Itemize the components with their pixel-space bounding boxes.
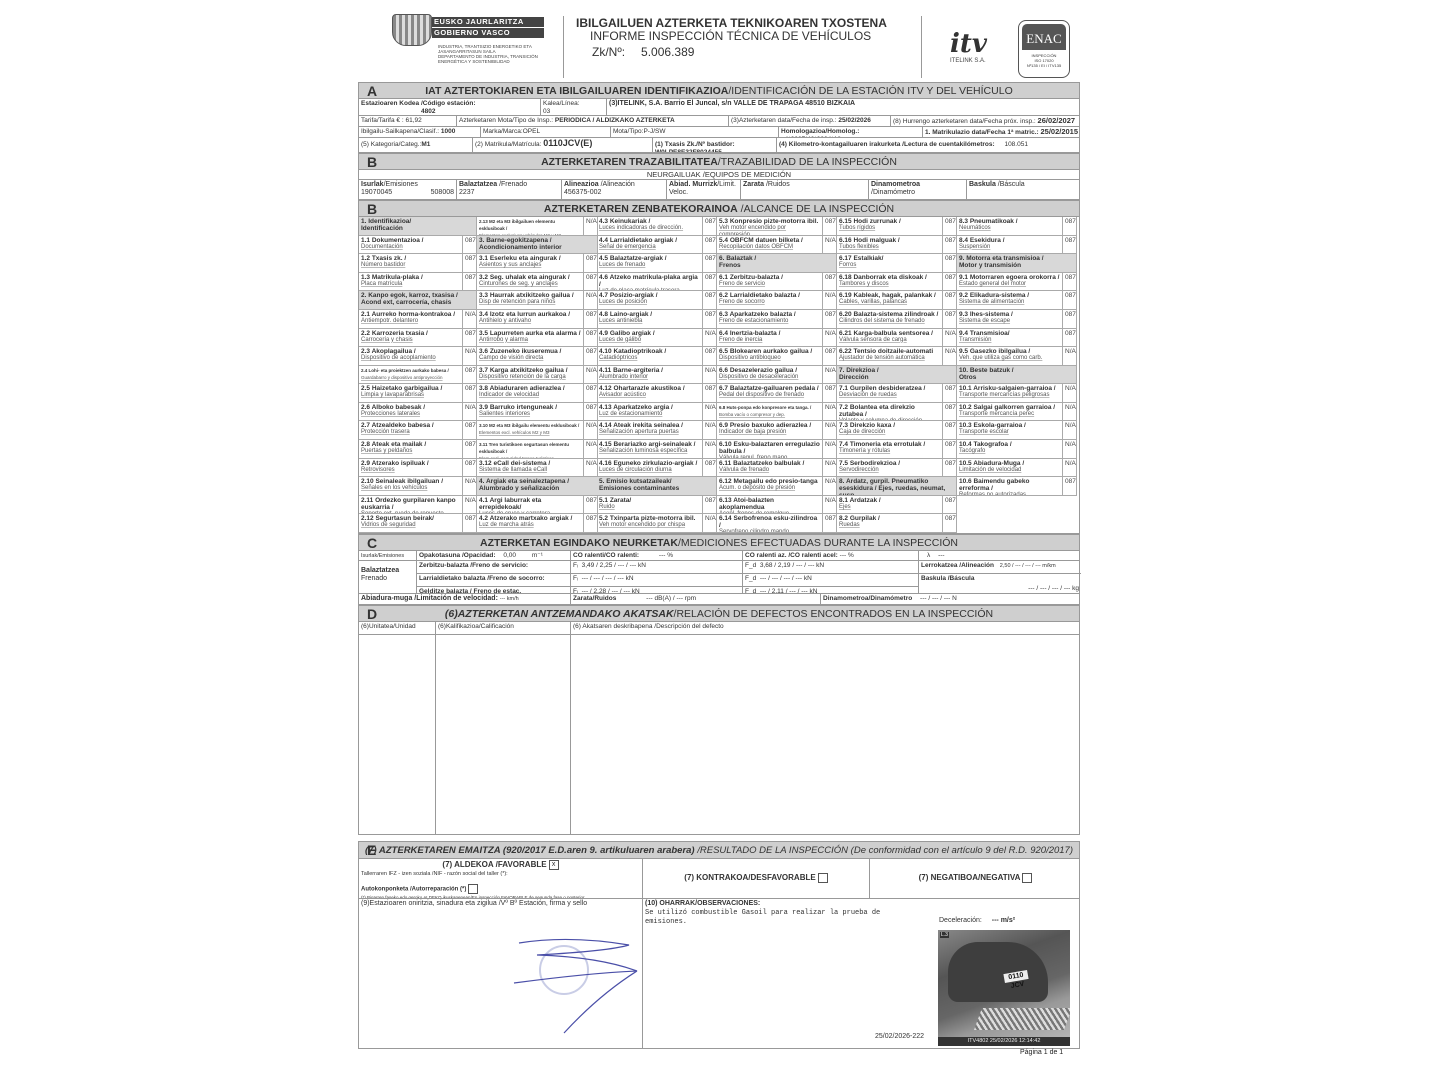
- scope-item: 3.12 eCall dei-sistema /Sistema de llama…: [477, 459, 584, 478]
- scope-result: 087: [584, 403, 598, 422]
- scope-result: N/A: [943, 329, 957, 348]
- inspection-scope-grid: 1. Identifikazioa/Identificación1.1 Doku…: [358, 216, 1080, 534]
- coat-of-arms-icon: [392, 14, 432, 46]
- vehicle-class-row: Ibilgailu-Sailkapena/Clasif.: 1000 Marka…: [358, 127, 1080, 138]
- scope-item: 3.6 Zuzeneko ikuseremua /Campo de visión…: [477, 347, 584, 366]
- scope-item: 7.1 Gurpilen desbideratzea /Desviación d…: [837, 384, 943, 403]
- scope-result: 087: [943, 421, 957, 440]
- scope-result: N/A: [823, 440, 837, 459]
- scope-result: 087: [943, 496, 957, 515]
- scope-item: 3.11 Tren turistikoen segurtasun element…: [477, 440, 584, 459]
- scope-result: N/A: [584, 459, 598, 478]
- scope-result: 087: [1063, 291, 1077, 310]
- scope-result: 087: [584, 514, 598, 533]
- defects-list: [358, 635, 1080, 835]
- tariff-row: Tarifa/Tarifa € : 61,92 Azterketaren Mot…: [358, 116, 1080, 127]
- scope-item: 10.5 Abiadura-Muga /Limitación de veloci…: [957, 459, 1063, 478]
- enac-logo: ENAC INSPECCIÓN ISO 17020 Nº135 / EI / I…: [1018, 20, 1070, 78]
- scope-item: 6.9 Presio baxuko adierazlea /Indicador …: [717, 421, 823, 440]
- scope-result: N/A: [823, 329, 837, 348]
- scope-item: 2.6 Alboko babesak /Protecciones lateral…: [359, 403, 463, 422]
- scope-item: 3. Barne-egokitzapena /Acondicionamento …: [477, 236, 598, 255]
- scope-result: 087: [463, 329, 477, 348]
- scope-result: 087: [703, 217, 717, 236]
- org-name-es: GOBIERNO VASCO: [432, 28, 544, 38]
- scope-item: 9.3 Ihes-sistema /Sistema de escape: [957, 310, 1063, 329]
- scope-result: 087: [463, 440, 477, 459]
- scope-item: 8.2 Gurpilak /Ruedas: [837, 514, 943, 533]
- scope-item: 6.5 Blokearen aurkako gailua /Dispositiv…: [717, 347, 823, 366]
- section-d-header: D (6)AZTERKETAN ANTZEMANDAKO AKATSAK/REL…: [358, 605, 1080, 622]
- scope-result: 087: [823, 347, 837, 366]
- scope-result: 087: [943, 236, 957, 255]
- scope-item: 4.12 Ohartarazle akustikoa /Avisador acú…: [597, 384, 703, 403]
- scope-item: 5.1 Zarata/Ruido: [597, 496, 703, 515]
- scope-item: 3.5 Lapurreten aurka eta alarma /Antirro…: [477, 329, 584, 348]
- equipment-col: Zarata /Ruidos: [741, 180, 869, 199]
- scope-result: 087: [463, 273, 477, 292]
- scope-result: 087: [703, 347, 717, 366]
- scope-result: 087: [463, 514, 477, 533]
- col-unit: (6)Unitatea/Unidad: [359, 622, 436, 634]
- scope-item: 4.15 Berariazko argi-seinaleak /Señaliza…: [597, 440, 703, 459]
- station-row: Estazioaren Kodea /Código estación:4802 …: [358, 99, 1080, 116]
- favorable-checkbox[interactable]: x: [549, 860, 559, 870]
- scope-item: 8.3 Pneumatikoak /Neumáticos: [957, 217, 1063, 236]
- scope-result: 087: [943, 459, 957, 478]
- scope-result: 087: [463, 254, 477, 273]
- section-c-header: C AZTERKETAN EGINDAKO NEURKETAK/MEDICION…: [358, 534, 1080, 551]
- scope-result: N/A: [463, 496, 477, 515]
- scope-item: 10.1 Arrisku-salgaien-garraioa /Transpor…: [957, 384, 1063, 403]
- scope-item: 2.9 Atzerako ispiluak /Retrovisores: [359, 459, 463, 478]
- scope-item: 2.4 Lohi- eta proiektzen aurkako babesa …: [359, 366, 463, 385]
- scope-item: 2.11 Ordezko gurpilaren kanpo euskarria …: [359, 496, 463, 515]
- scope-item: 6.3 Aparkatzeko balazta /Freno de estaci…: [717, 310, 823, 329]
- equipment-row: Isurlak/Emisiones19070045508008Balaztatz…: [358, 180, 1080, 200]
- equipment-col: Balaztatzea /Frenado2237: [457, 180, 562, 199]
- scope-item: 8. Ardatz, gurpil. Pneumatiko eseskidura…: [837, 477, 957, 496]
- emissions-row: Isurlak/Emisiones Opakotasuna /Opacidad:…: [358, 551, 1080, 561]
- scope-item: 2.1 Aurreko horma-kontrakoa /Antiempotr.…: [359, 310, 463, 329]
- equipment-col: Baskula /Báscula: [967, 180, 1081, 199]
- braking-block: BalaztatzeaFrenado Zerbitzu-balazta /Fre…: [358, 561, 1080, 594]
- scope-item: 3.4 Izotz eta lurrun aurkakoa /Antihielo…: [477, 310, 584, 329]
- scope-item: 2.12 Segurtasun beirak/Vidrios de seguri…: [359, 514, 463, 533]
- scope-result: 087: [943, 403, 957, 422]
- scope-item: 4.13 Aparkatzeko argia /Luz de estaciona…: [597, 403, 703, 422]
- scope-item: 4.6 Atzeko matrikula-plaka argia /Luz de…: [597, 273, 703, 292]
- negative-checkbox[interactable]: [1022, 873, 1032, 883]
- title-es: INFORME INSPECCIÓN TÉCNICA DE VEHÍCULOS: [590, 29, 871, 43]
- scope-item: 1.1 Dokumentazioa /Documentación: [359, 236, 463, 255]
- equipment-col: Dinamometroa /Dinamómetro: [869, 180, 967, 199]
- scope-result: 087: [703, 236, 717, 255]
- scope-result: 087: [584, 329, 598, 348]
- scope-result: N/A: [823, 291, 837, 310]
- scope-item: 4.5 Balaztatze-argiak /Luces de frenado: [597, 254, 703, 273]
- scope-result: N/A: [1063, 384, 1077, 403]
- scope-result: N/A: [463, 347, 477, 366]
- scope-item: 4.10 Katadioptrikoak /Catadióptricos: [597, 347, 703, 366]
- scope-item: 3.9 Barruko irtenguneak /Salientes inter…: [477, 403, 584, 422]
- scope-result: 087: [584, 254, 598, 273]
- scope-result: N/A: [584, 421, 598, 440]
- scope-item: 7.4 Timoneria eta errotulak /Timonería y…: [837, 440, 943, 459]
- scope-result: 087: [463, 384, 477, 403]
- defects-header-row: (6)Unitatea/Unidad (6)Kalifikazioa/Calif…: [358, 622, 1080, 635]
- scope-result: N/A: [1063, 347, 1077, 366]
- scope-item: 10.3 Eskola-garraioa /Transporte escolar: [957, 421, 1063, 440]
- scope-result: 087: [703, 496, 717, 515]
- scope-item: 6.8 Huts-ponpa edo konpresore eta tanga.…: [717, 403, 823, 422]
- scope-result: 087: [463, 236, 477, 255]
- scope-item: 7.5 Serbodirekzioa /Servodirección: [837, 459, 943, 478]
- scope-item: 6.2 Larrialdietako balazta /Freno de soc…: [717, 291, 823, 310]
- scope-result: N/A: [463, 403, 477, 422]
- scope-item: 7.2 Bolantea eta direkzio zutabea /Volan…: [837, 403, 943, 422]
- scope-item: 2.10 Seinaleak ibilgailuan /Señales en l…: [359, 477, 463, 496]
- scope-result: N/A: [703, 421, 717, 440]
- scope-result: 087: [703, 459, 717, 478]
- scope-item: 6.12 Metagailu edo presio-tangaAcum. o d…: [717, 477, 823, 496]
- scope-item: 6.14 Serbofrenoa esku-zilindroa /Servofr…: [717, 514, 823, 533]
- itv-company: ITELINK S.A.: [950, 58, 986, 64]
- scope-item: 3.3 Haurrak atxikitzeko gailua /Disp de …: [477, 291, 584, 310]
- scope-item: 6.1 Zerbitzu-balazta /Freno de servicio: [717, 273, 823, 292]
- scope-result: 087: [703, 310, 717, 329]
- scope-item: 6.16 Hodi malguak /Tubos flexibles: [837, 236, 943, 255]
- scope-result: 087: [943, 440, 957, 459]
- scope-item: 10.4 Takografoa /Tacógrafo: [957, 440, 1063, 459]
- scope-result: N/A: [823, 236, 837, 255]
- result-row: (7) ALDEKOA /FAVORABLEx Tallerraren IFZ …: [358, 859, 1080, 899]
- report-header: EUSKO JAURLARITZA GOBIERNO VASCO INDUSTR…: [358, 12, 1080, 80]
- scope-item: 2.2 Karrozeria txasia /Carrocería y chas…: [359, 329, 463, 348]
- scope-result: N/A: [943, 347, 957, 366]
- self-repair-checkbox[interactable]: [468, 884, 478, 894]
- scope-result: N/A: [584, 291, 598, 310]
- scope-result: N/A: [703, 403, 717, 422]
- scope-item: 5.4 OBFCM datuen bilketa /Recopilación d…: [717, 236, 823, 255]
- scope-item: 10. Beste batzuk /Otros: [957, 366, 1077, 385]
- scope-item: 8.1 Ardatzak /Ejes: [837, 496, 943, 515]
- scope-item: 2.3 Akoplagailua /Dispositivo de acoplam…: [359, 347, 463, 366]
- scope-result: N/A: [703, 440, 717, 459]
- scope-result: 087: [943, 514, 957, 533]
- scope-item: 6.22 Tentsio doitzaile-automatiAjustador…: [837, 347, 943, 366]
- scope-item: 9.4 Transmisioa/Transmisión: [957, 329, 1063, 348]
- scope-item: 2.13 M2 eta M3 ibilgailuen elementu eskl…: [477, 217, 584, 236]
- scope-result: 087: [584, 384, 598, 403]
- scope-item: 6.10 Esku-balaztaren erregulazio balbula…: [717, 440, 823, 459]
- scope-item: 2.7 Atzealdeko babesa /Protección traser…: [359, 421, 463, 440]
- scope-result: 087: [1063, 477, 1077, 496]
- equipment-col: Isurlak/Emisiones19070045508008: [359, 180, 457, 199]
- scope-item: 9.1 Motorraren egoera orokorra /Estado g…: [957, 273, 1063, 292]
- scope-result: 087: [703, 254, 717, 273]
- scope-result: 087: [584, 310, 598, 329]
- unfavorable-checkbox[interactable]: [818, 873, 828, 883]
- scope-result: 087: [943, 273, 957, 292]
- scope-result: 087: [1063, 217, 1077, 236]
- scope-item: 4.1 Argi laburrak eta errepidekoak/Luces…: [477, 496, 584, 515]
- scope-item: 6.20 Balazta-sistema zilindroak /Cilindr…: [837, 310, 943, 329]
- scope-item: 4. Argiak eta seinaleztapena /Alumbrado …: [477, 477, 598, 496]
- scope-item: 2.8 Ateak eta mailak /Puertas y peldaños: [359, 440, 463, 459]
- scope-item: 4.14 Ateak irekita seinalea /Señalizació…: [597, 421, 703, 440]
- scope-result: N/A: [823, 496, 837, 515]
- scope-item: 9. Motorra eta transmisioa /Motor y tran…: [957, 254, 1077, 273]
- scope-result: 087: [1063, 273, 1077, 292]
- scope-result: 087: [943, 217, 957, 236]
- scope-item: 1.2 Txasis zk. /Número bastidor: [359, 254, 463, 273]
- scope-item: 6.18 Danborrak eta diskoak /Tambores y d…: [837, 273, 943, 292]
- section-a-header: A IAT AZTERTOKIAREN ETA IBILGAILUAREN ID…: [358, 82, 1080, 99]
- scope-result: N/A: [584, 440, 598, 459]
- scope-item: 6.7 Balaztatze-gailuaren pedala /Pedal d…: [717, 384, 823, 403]
- scope-item: 7.3 Direkzio kaxa /Caja de dirección: [837, 421, 943, 440]
- scope-item: 6.17 Estalkiak/Forros: [837, 254, 943, 273]
- scope-result: 087: [584, 496, 598, 515]
- scope-result: 087: [943, 254, 957, 273]
- scope-result: N/A: [463, 477, 477, 496]
- scope-result: 087: [823, 514, 837, 533]
- scope-result: 087: [943, 291, 957, 310]
- scope-result: 087: [823, 273, 837, 292]
- scope-item: 5. Emisio kutsatzaileak/Emisiones contam…: [597, 477, 717, 496]
- scope-result: N/A: [823, 459, 837, 478]
- scope-item: 5.3 Konpresio pizte-motorra ibil.Veh mot…: [717, 217, 823, 236]
- scope-result: N/A: [1063, 421, 1077, 440]
- scope-result: N/A: [823, 477, 837, 496]
- speed-noise-row: Abiadura-muga /Limitación de velocidad: …: [358, 594, 1080, 605]
- scope-item: 1. Identifikazioa/Identificación: [359, 217, 477, 236]
- page-number: Página 1 de 1: [1020, 1049, 1063, 1056]
- scope-item: 9.5 Gasezko ibilgailua /Veh. que utiliza…: [957, 347, 1063, 366]
- scope-item: 4.9 Galibo argiak /Luces de gálibo: [597, 329, 703, 348]
- scope-item: 6.11 Balaztatzeko balbulak /Válvula de f…: [717, 459, 823, 478]
- scope-item: 1.3 Matrikula-plaka /Placa matrícula: [359, 273, 463, 292]
- scope-item: 3.2 Seg. uhalak eta aingurak /Cinturones…: [477, 273, 584, 292]
- scope-result: N/A: [463, 310, 477, 329]
- equipment-col: Abiad. Murrizk/Limit. Veloc.: [667, 180, 741, 199]
- scope-item: 6. Balaztak /Frenos: [717, 254, 837, 273]
- scope-item: 4.3 Keinukariak /Luces indicadoras de di…: [597, 217, 703, 236]
- scope-item: 3.8 Abiaduraren adierazlea /Indicador de…: [477, 384, 584, 403]
- scope-item: 10.2 Salgai galkorren garraioa /Transpor…: [957, 403, 1063, 422]
- scope-result: 087: [584, 273, 598, 292]
- scope-item: 6.21 Karga-balbula sentsorea /Válvula se…: [837, 329, 943, 348]
- scope-result: N/A: [1063, 403, 1077, 422]
- scope-result: N/A: [823, 403, 837, 422]
- scope-result: 087: [1063, 329, 1077, 348]
- scope-result: 087: [1063, 236, 1077, 255]
- scope-result: 087: [463, 459, 477, 478]
- scope-result: 087: [823, 384, 837, 403]
- scope-item: 7. Direkzioa /Dirección: [837, 366, 957, 385]
- scope-result: N/A: [1063, 440, 1077, 459]
- scope-item: 6.4 Inertzia-balazta /Freno de inercia: [717, 329, 823, 348]
- scope-item: 9.2 Elikadura-sistema /Sistema de alimen…: [957, 291, 1063, 310]
- scope-result: 087: [823, 217, 837, 236]
- signature-icon: [359, 915, 639, 1035]
- scope-result: 087: [463, 421, 477, 440]
- scope-result: N/A: [584, 217, 598, 236]
- vehicle-photo: 0110 JCV L.3 ITV4802 25/02/2026 12:14:42: [938, 930, 1070, 1046]
- section-b-scope-header: B AZTERKETAREN ZENBATEKORAINOA /ALCANCE …: [358, 200, 1080, 217]
- report-number: Zk/Nº:5.006.389: [592, 45, 694, 59]
- org-name-eu: EUSKO JAURLARITZA: [432, 17, 544, 27]
- scope-result: N/A: [823, 421, 837, 440]
- scope-result: N/A: [823, 366, 837, 385]
- scope-result: N/A: [703, 366, 717, 385]
- scope-result: 087: [703, 384, 717, 403]
- department-name: INDUSTRIA, TRANTSIZIO ENERGETIKO ETA JAS…: [438, 44, 538, 64]
- scope-item: 8.4 Esekidura /Suspensión: [957, 236, 1063, 255]
- scope-item: 2.5 Haizetako garbigailua /Limpia y lava…: [359, 384, 463, 403]
- scope-item: 4.16 Eguneko zirkulazio-argiak /Luces de…: [597, 459, 703, 478]
- scope-result: 087: [703, 273, 717, 292]
- scope-item: 5.2 Txinparta pizte-motorra ibil.Veh mot…: [597, 514, 703, 533]
- scope-item: 6.13 Atoi-balazten akoplamenduaAcopl. fr…: [717, 496, 823, 515]
- scope-result: 087: [703, 291, 717, 310]
- scope-item: 4.4 Larrialdietako argiak /Señal de emer…: [597, 236, 703, 255]
- scope-item: 3.1 Eserleku eta aingurak /Asientos y su…: [477, 254, 584, 273]
- scope-result: N/A: [584, 366, 598, 385]
- section-e-header: E (7) AZTERKETAREN EMAITZA (920/2017 E.D…: [358, 841, 1080, 859]
- gobierno-vasco-logo: EUSKO JAURLARITZA GOBIERNO VASCO INDUSTR…: [392, 14, 542, 76]
- scope-item: 4.7 Posizio-argiak /Luces de posición: [597, 291, 703, 310]
- scope-result: 087: [943, 310, 957, 329]
- scope-result: 087: [823, 310, 837, 329]
- signature-box: (9)Estazioaren oniritzia, sinadura eta z…: [359, 899, 643, 1048]
- equipment-col: Alineazioa /Alineación456375-002: [562, 180, 667, 199]
- vehicle-id-row: (5) Kategoria/Categ.:M1 (2) Matrikula/Ma…: [358, 138, 1080, 153]
- scope-result: 087: [1063, 310, 1077, 329]
- inspection-report: EUSKO JAURLARITZA GOBIERNO VASCO INDUSTR…: [358, 12, 1080, 1052]
- scope-result: N/A: [1063, 459, 1077, 478]
- scope-item: 10.6 Baimendu gabeko erreforma /Reformas…: [957, 477, 1063, 496]
- scope-result: N/A: [703, 329, 717, 348]
- col-description: (6) Akatsaren deskribapena /Descripción …: [571, 622, 1081, 634]
- itv-logo: itv: [950, 32, 990, 56]
- scope-item: 6.6 Desazelerazio gailua /Dispositivo de…: [717, 366, 823, 385]
- scope-item: 4.2 Atzerako martxako argiak /Luz de mar…: [477, 514, 584, 533]
- scope-result: 087: [463, 366, 477, 385]
- equipment-title: NEURGAILUAK /EQUIPOS DE MEDICIÓN: [358, 170, 1080, 180]
- scope-item: 4.8 Laino-argiak /Luces antiniebla: [597, 310, 703, 329]
- scope-result: N/A: [703, 514, 717, 533]
- scope-result: 087: [584, 347, 598, 366]
- scope-item: 2. Kanpo egok, karroz, txasisa /Acond ex…: [359, 291, 477, 310]
- scope-item: 4.11 Barne-argiteria /Alumbrado interior: [597, 366, 703, 385]
- scope-item: 6.19 Kableak, hagak, palankak /Cables, v…: [837, 291, 943, 310]
- title-eu: IBILGAILUEN AZTERKETA TEKNIKOAREN TXOSTE…: [576, 16, 887, 30]
- scope-item: 6.15 Hodi zurrunak /Tubos rígidos: [837, 217, 943, 236]
- scope-item: 3.7 Karga atxikitzeko gailua /Dispositiv…: [477, 366, 584, 385]
- col-rating: (6)Kalifikazioa/Calificación: [436, 622, 571, 634]
- section-b-traceability-header: B AZTERKETAREN TRAZABILITATEA/TRAZABILID…: [358, 153, 1080, 170]
- scope-result: 087: [943, 384, 957, 403]
- scope-item: 3.10 M2 eta M3 ibilgailu elementu esklus…: [477, 421, 584, 440]
